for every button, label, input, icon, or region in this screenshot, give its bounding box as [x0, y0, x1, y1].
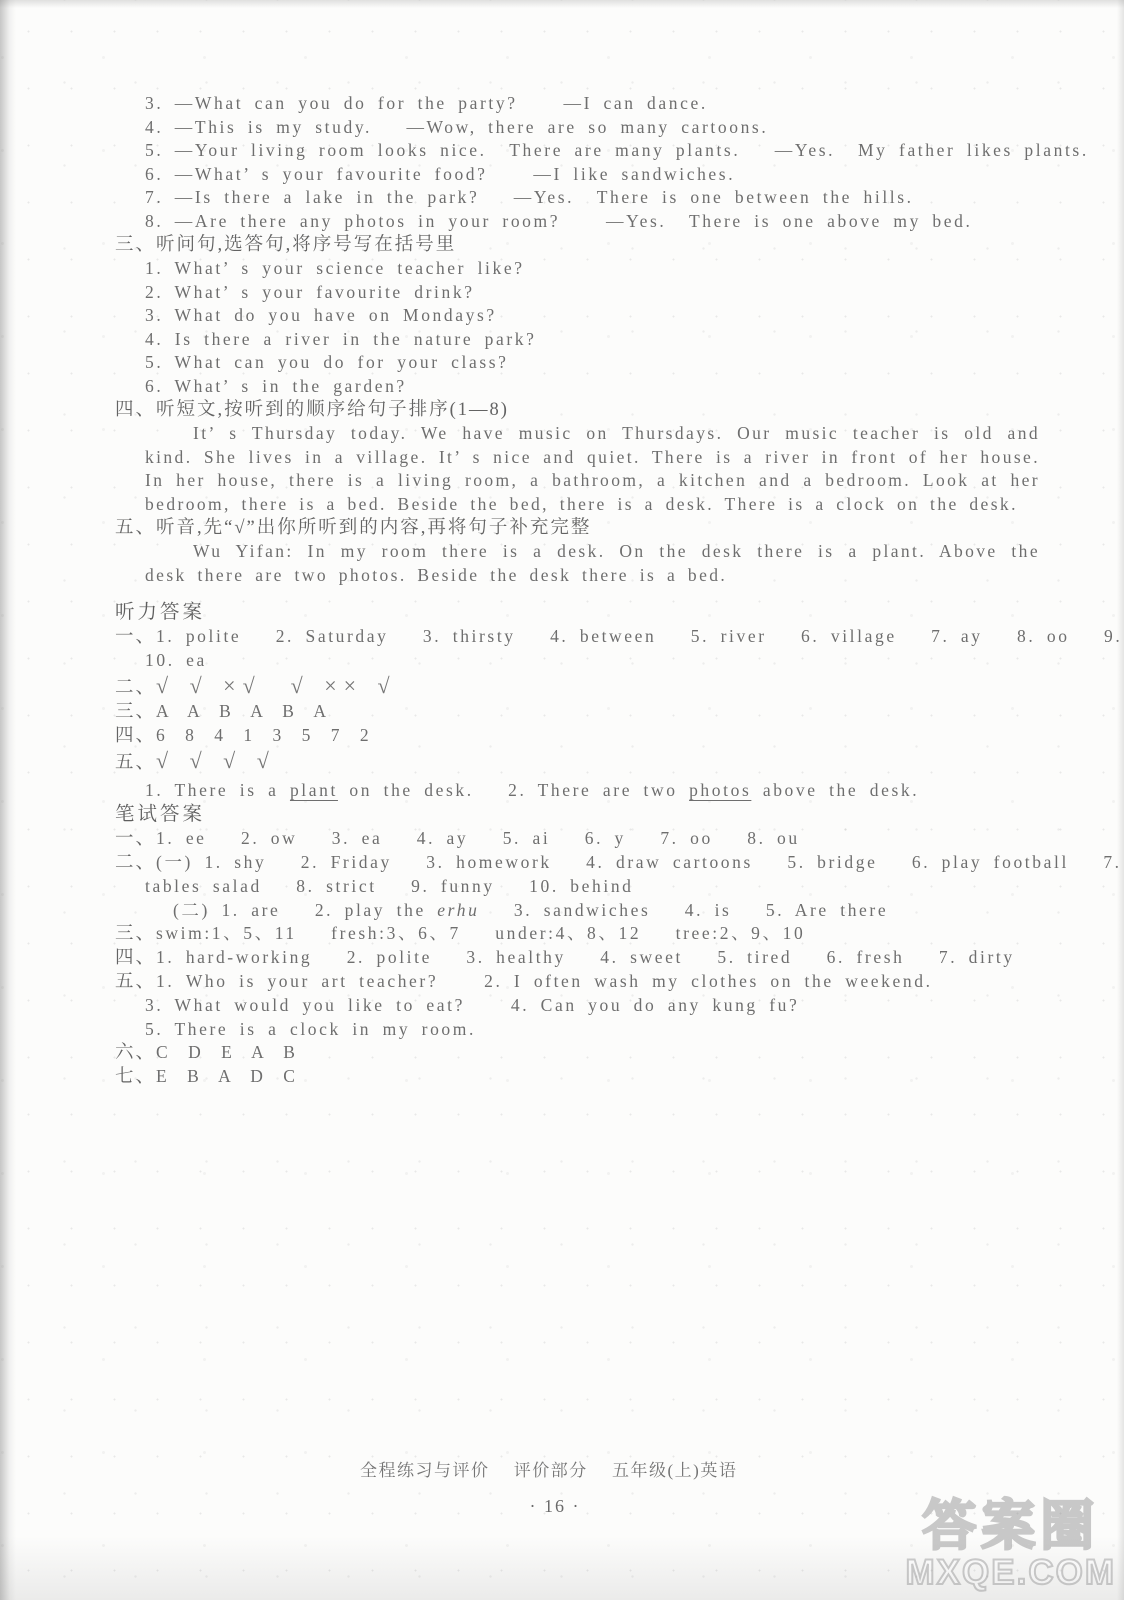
- sentence-text: above the desk.: [751, 780, 919, 800]
- written-answer-row-5-cont: 3. What would you like to eat? 4. Can yo…: [145, 994, 1065, 1018]
- scan-edge-right-shade: [1117, 0, 1124, 1600]
- question-line: 3. What do you have on Mondays?: [145, 304, 1065, 328]
- listening-answer-row-1-cont: 10. ea: [145, 649, 1065, 673]
- written-answer-row-1: 一、1. ee 2. ow 3. ea 4. ay 5. ai 6. y 7. …: [115, 827, 1065, 851]
- written-answer-row-5-cont: 5. There is a clock in my room.: [145, 1018, 1065, 1042]
- sentence-text: on the desk.: [338, 780, 508, 800]
- written-answer-row-5: 五、1. Who is your art teacher? 2. I often…: [115, 970, 1065, 994]
- row-answers: 1. polite 2. Saturday 3. thirsty 4. betw…: [156, 626, 1124, 646]
- row-label: 七、: [115, 1067, 156, 1087]
- written-answer-row-7: 七、E B A D C: [115, 1065, 1065, 1089]
- page-content: 3. —What can you do for the party? —I ca…: [115, 92, 1065, 1089]
- written-answer-row-2a: 二、(一) 1. shy 2. Friday 3. homework 4. dr…: [115, 851, 1065, 875]
- section5-header: 五、听音,先“√”出你所听到的内容,再将句子补充完整: [115, 516, 1065, 540]
- row-label: 二、: [115, 678, 156, 698]
- row-label: 四、: [115, 726, 156, 746]
- scan-edge-left-shade: [0, 0, 16, 1600]
- number-answers: 6 8 4 1 3 5 7 2: [156, 725, 375, 745]
- listening-answer-row-1: 一、1. polite 2. Saturday 3. thirsty 4. be…: [115, 625, 1065, 649]
- check-marks: √ √ √ √: [156, 748, 276, 773]
- row-answers: 1. ee 2. ow 3. ea 4. ay 5. ai 6. y 7. oo…: [156, 828, 800, 848]
- listening-answer-row-2: 二、√ √ ×√ √ ×× √: [115, 673, 1065, 700]
- row-label: 三、: [115, 702, 156, 722]
- row-label: 四、: [115, 948, 156, 968]
- row-answers: 3. sandwiches 4. is 5. Are there: [479, 900, 888, 920]
- row-label: 一、: [115, 627, 156, 647]
- written-answer-row-3: 三、swim:1、5、11 fresh:3、6、7 under:4、8、12 t…: [115, 922, 1065, 946]
- sentence-text: 2. There are two: [508, 780, 689, 800]
- row-label: 五、: [115, 972, 156, 992]
- scan-edge-bottom-shade: [0, 1536, 1124, 1600]
- page-number: · 16 ·: [480, 1496, 630, 1517]
- italic-word: erhu: [437, 900, 479, 920]
- row-label: 一、: [115, 829, 156, 849]
- question-line: 2. What’ s your favourite drink?: [145, 281, 1065, 305]
- sentence-text: 1. There is a: [145, 780, 290, 800]
- scan-edge-top-shade: [0, 0, 1124, 8]
- row-label: 三、: [115, 924, 156, 944]
- written-answer-row-4: 四、1. hard-working 2. polite 3. healthy 4…: [115, 946, 1065, 970]
- section5-passage: Wu Yifan: In my room there is a desk. On…: [145, 540, 1040, 587]
- part-label: (二): [173, 900, 221, 920]
- question-line: 4. Is there a river in the nature park?: [145, 328, 1065, 352]
- part-label: (一): [156, 852, 204, 872]
- row-answers: swim:1、5、11 fresh:3、6、7 under:4、8、12 tre…: [156, 923, 805, 943]
- underlined-word: plant: [290, 780, 338, 800]
- row-label: 五、: [115, 753, 156, 773]
- written-answer-row-2b: (二) 1. are 2. play the erhu 3. sandwiche…: [173, 899, 1065, 923]
- letter-answers: E B A D C: [156, 1066, 301, 1086]
- section4-header: 四、听短文,按听到的顺序给句子排序(1—8): [115, 398, 1065, 422]
- listening-answers-header: 听力答案: [115, 600, 1065, 625]
- listening-sentences: 1. There is a plant on the desk. 2. Ther…: [145, 779, 1065, 803]
- question-line: 1. What’ s your science teacher like?: [145, 257, 1065, 281]
- section3-header: 三、听问句,选答句,将序号写在括号里: [115, 233, 1065, 257]
- question-line: 6. What’ s in the garden?: [145, 375, 1065, 399]
- footer-book-title: 全程练习与评价 评价部分 五年级(上)英语: [360, 1456, 737, 1481]
- section4-passage: It’ s Thursday today. We have music on T…: [145, 422, 1040, 516]
- row-answers: 1. Who is your art teacher? 2. I often w…: [156, 971, 933, 991]
- dialogue-line: 4. —This is my study. —Wow, there are so…: [145, 116, 1065, 140]
- row-label: 二、: [115, 853, 156, 873]
- listening-answer-row-4: 四、6 8 4 1 3 5 7 2: [115, 724, 1065, 748]
- dialogue-line: 3. —What can you do for the party? —I ca…: [145, 92, 1065, 116]
- scanned-answer-page: { "document": { "dialogues": [ "3. —What…: [0, 0, 1124, 1600]
- row-answers: 1. are 2. play the: [221, 900, 437, 920]
- written-answer-row-6: 六、C D E A B: [115, 1041, 1065, 1065]
- dialogue-line: 6. —What’ s your favourite food? —I like…: [145, 163, 1065, 187]
- letter-answers: C D E A B: [156, 1042, 301, 1062]
- row-answers: 1. shy 2. Friday 3. homework 4. draw car…: [204, 852, 1124, 872]
- row-answers: 1. hard-working 2. polite 3. healthy 4. …: [156, 947, 1015, 967]
- underlined-word: photos: [689, 780, 751, 800]
- listening-answer-row-3: 三、A A B A B A: [115, 700, 1065, 724]
- dialogue-line: 7. —Is there a lake in the park? —Yes. T…: [145, 186, 1065, 210]
- row-label: 六、: [115, 1043, 156, 1063]
- written-answers-header: 笔试答案: [115, 802, 1065, 827]
- question-line: 5. What can you do for your class?: [145, 351, 1065, 375]
- listening-answer-row-5: 五、√ √ √ √: [115, 748, 1065, 775]
- dialogue-line: 5. —Your living room looks nice. There a…: [145, 139, 1065, 163]
- written-answer-row-2a-cont: tables salad 8. strict 9. funny 10. behi…: [145, 875, 1065, 899]
- check-marks: √ √ ×√ √ ×× √: [156, 673, 397, 698]
- letter-answers: A A B A B A: [156, 701, 332, 721]
- dialogue-line: 8. —Are there any photos in your room? —…: [145, 210, 1065, 234]
